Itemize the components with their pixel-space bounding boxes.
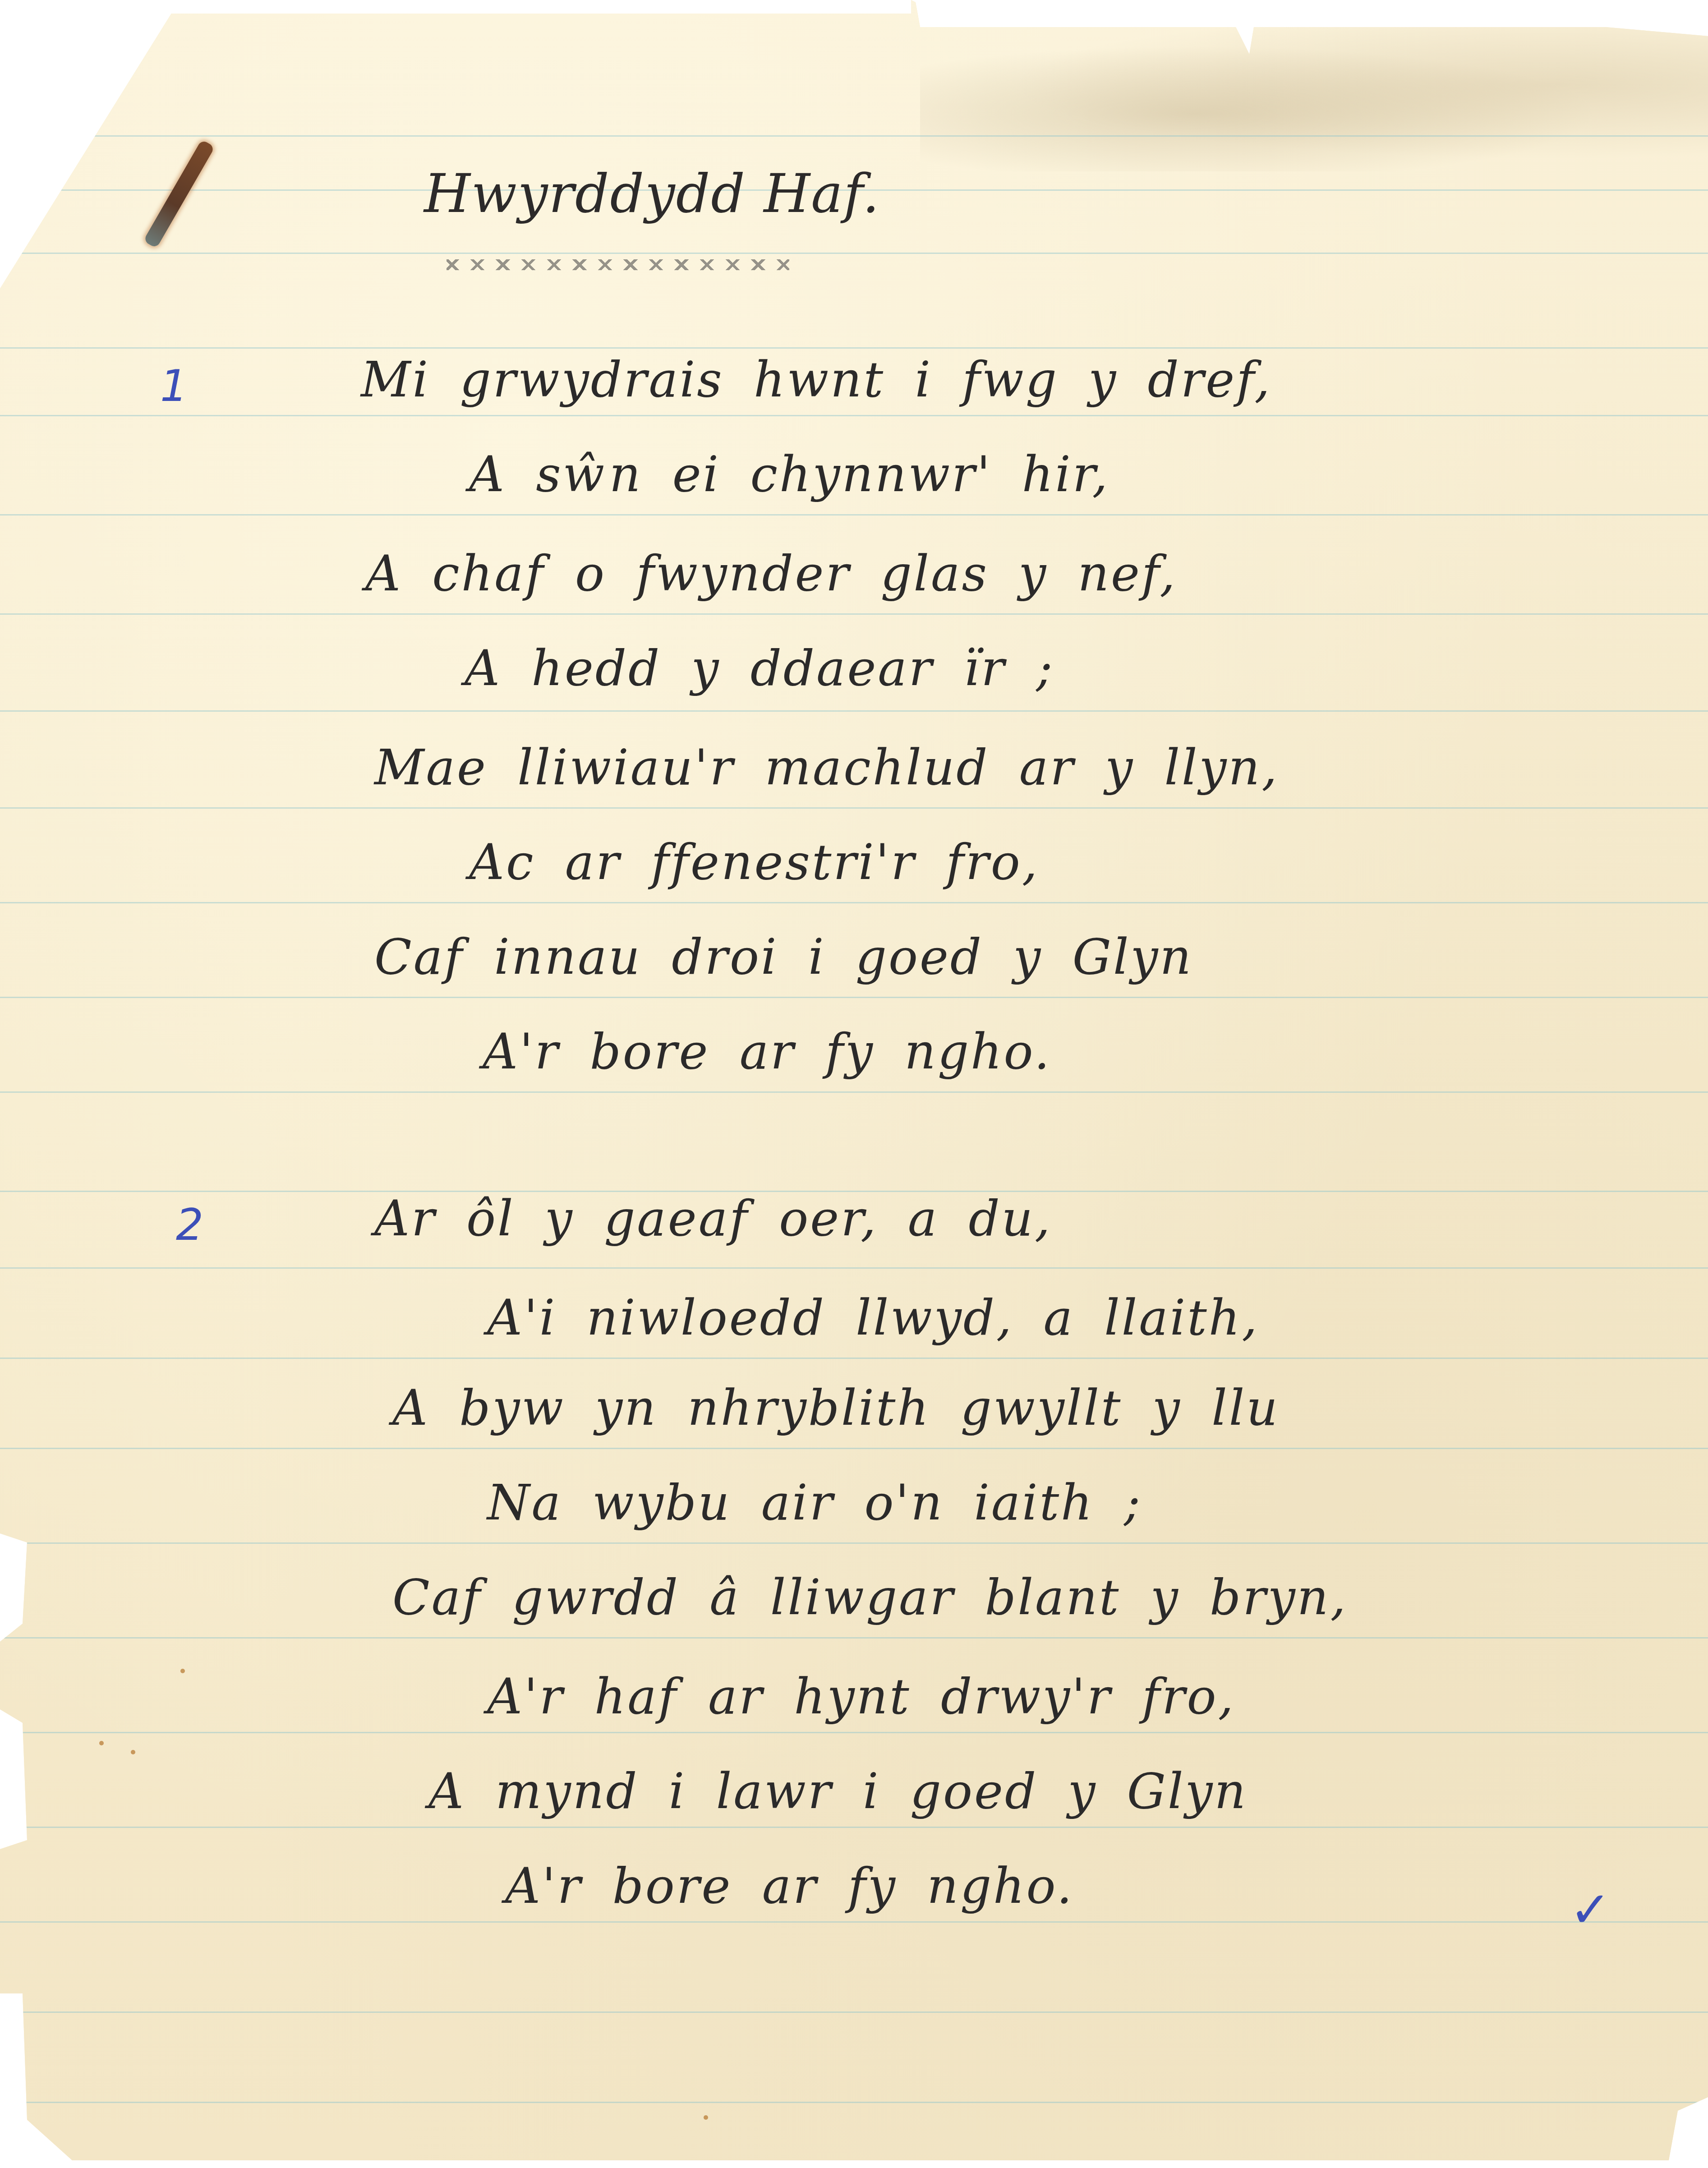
verse-line: Caf innau droi i goed y Glyn [374,929,1193,985]
ruled-line [0,1542,1708,1544]
verse-line: A mynd i lawr i goed y Glyn [428,1763,1248,1820]
verse-line: Ac ar ffenestri'r fro, [469,834,1039,891]
verse-line: A chaf o fwynder glas y nef, [365,546,1177,602]
foxing-spot [180,1669,185,1673]
ruled-line [0,1091,1708,1093]
verse-line: Mi grwydrais hwnt i fwg y dref, [361,352,1272,408]
verse-line: A'i niwloedd llwyd, a llaith, [487,1290,1259,1346]
verse-line: A'r bore ar fy ngho. [483,1024,1051,1080]
ruled-line [0,1637,1708,1639]
foxing-spot [99,1741,104,1745]
verse-line: Caf gwrdd â lliwgar blant y bryn, [392,1570,1348,1626]
foxing-spot [704,2115,708,2120]
ruled-line [0,1358,1708,1359]
torn-top-edge [920,27,1708,171]
ruled-line [0,807,1708,809]
ruled-line [0,902,1708,903]
ruled-line [0,613,1708,615]
ruled-line [0,253,1708,254]
ruled-line [0,415,1708,416]
verse-line: A byw yn nhryblith gwyllt y llu [392,1380,1280,1436]
ruled-line [0,1448,1708,1449]
ruled-line [0,997,1708,998]
verse-line: A sŵn ei chynnwr' hir, [469,446,1110,503]
foxing-spot [131,1750,135,1754]
ruled-line [0,1732,1708,1733]
ruled-line [0,514,1708,516]
ruled-line [0,1921,1708,1923]
stanza-number-2: 2 [176,1200,203,1250]
verse-line: Ar ôl y gaeaf oer, a du, [374,1191,1052,1247]
verse-line: A'r bore ar fy ngho. [505,1858,1074,1915]
ruled-line [0,1267,1708,1269]
ruled-line [0,135,1708,137]
blue-checkmark-icon: ✓ [1570,1881,1611,1938]
manuscript-page: Hwyrddydd Haf. 1 2 Mi grwydrais hwnt i f… [0,0,1708,2168]
stanza-number-1: 1 [160,361,188,411]
verse-line: A'r haf ar hynt drwy'r fro, [487,1669,1235,1725]
rust-staple-mark [143,139,215,249]
ruled-line [0,347,1708,349]
ruled-line [0,2011,1708,2013]
verse-line: A hedd y ddaear ïr ; [465,640,1054,697]
ruled-line [0,2102,1708,2103]
verse-line: Na wybu air o'n iaith ; [487,1475,1142,1531]
verse-line: Mae lliwiau'r machlud ar y llyn, [374,740,1279,796]
title-wavy-underline [447,259,789,270]
poem-title: Hwyrddydd Haf. [424,162,880,225]
ruled-line [0,710,1708,712]
ruled-line [0,1827,1708,1828]
